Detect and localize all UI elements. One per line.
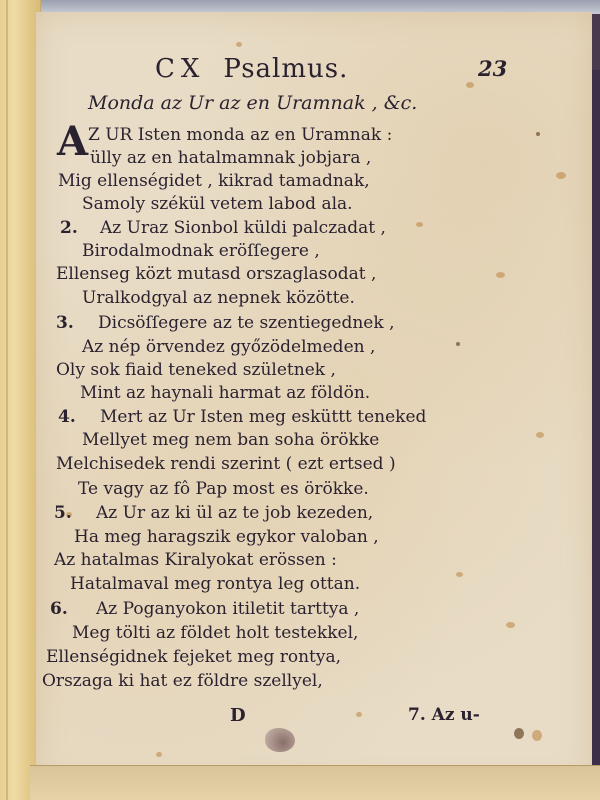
verse-number: 5. (54, 503, 72, 523)
verse-line: Te vagy az fô Pap most es örökke. (78, 479, 369, 499)
verse-line: Mig ellenségidet , kikrad tamadnak, (58, 171, 370, 191)
foxing-spot (416, 222, 423, 227)
verse-line: Mellyet meg nem ban soha örökke (82, 430, 379, 450)
verse-line: Hatalmaval meg rontya leg ottan. (70, 574, 360, 594)
psalm-title: Psalmus. (223, 54, 348, 84)
verse-line: Uralkodgyal az nepnek közötte. (82, 288, 355, 308)
page-bottom-edge (30, 765, 600, 800)
verse-line: Melchisedek rendi szerint ( ezt ertsed ) (56, 454, 396, 474)
foxing-spot (496, 272, 505, 278)
psalm-number: CX (155, 54, 205, 84)
verse-line: Oly sok fiaid teneked születnek , (56, 360, 336, 380)
verse-line: Meg tölti az földet holt testekkel, (72, 623, 358, 643)
foxing-spot (466, 82, 474, 88)
foxing-spot (506, 622, 515, 628)
verse-line: Samoly székül vetem labod ala. (82, 194, 353, 214)
drop-cap: A (57, 118, 88, 165)
verse-line: Ha meg haragszik egykor valoban , (74, 527, 379, 547)
foxing-spot (514, 728, 524, 739)
verse-line: Mert az Ur Isten meg esküttt teneked (100, 407, 426, 427)
foxing-spot (356, 712, 362, 717)
psalm-subtitle: Monda az Ur az en Uramnak , &c. (88, 92, 417, 114)
foxing-spot (556, 172, 566, 179)
psalm-heading: CXPsalmus. (155, 54, 348, 84)
verse-line: Orszaga ki hat ez földre szellyel, (42, 671, 323, 691)
foxing-spot (456, 342, 460, 346)
verse-line: Az nép örvendez győzödelmeden , (82, 337, 375, 357)
paper-hole (265, 728, 295, 752)
verse-line: Az Uraz Sionbol küldi palczadat , (100, 218, 386, 238)
foxing-spot (456, 572, 463, 577)
verse-line: Az Ur az ki ül az te job kezeden, (96, 503, 373, 523)
verse-line: Ellenseg közt mutasd orszaglasodat , (56, 264, 376, 284)
foxing-spot (236, 42, 242, 47)
verse-line: ülly az en hatalmamnak jobjara , (90, 148, 371, 168)
page-number: 23 (478, 56, 507, 81)
foxing-spot (532, 730, 542, 741)
verse-line: Az hatalmas Kiralyokat erössen : (54, 550, 337, 570)
verse-line: Z UR Isten monda az en Uramnak : (88, 125, 392, 145)
verse-line: Birodalmodnak eröſſegere , (82, 241, 320, 261)
foxing-spot (536, 132, 540, 136)
foxing-spot (536, 432, 544, 438)
verse-number: 4. (58, 407, 76, 427)
verse-line: Az Poganyokon itiletit tarttya , (96, 599, 359, 619)
verse-line: Dicsöſſegere az te szentiegednek , (98, 313, 394, 333)
verse-number: 3. (56, 313, 74, 333)
verse-number: 6. (50, 599, 68, 619)
verse-number: 2. (60, 218, 78, 238)
verse-line: Mint az haynali harmat az földön. (80, 383, 370, 403)
foxing-spot (156, 752, 162, 757)
catchword: 7. Az u- (408, 705, 480, 725)
book-binding (0, 0, 41, 800)
signature-mark: D (230, 705, 246, 726)
verse-line: Ellenségidnek fejeket meg rontya, (46, 647, 341, 667)
